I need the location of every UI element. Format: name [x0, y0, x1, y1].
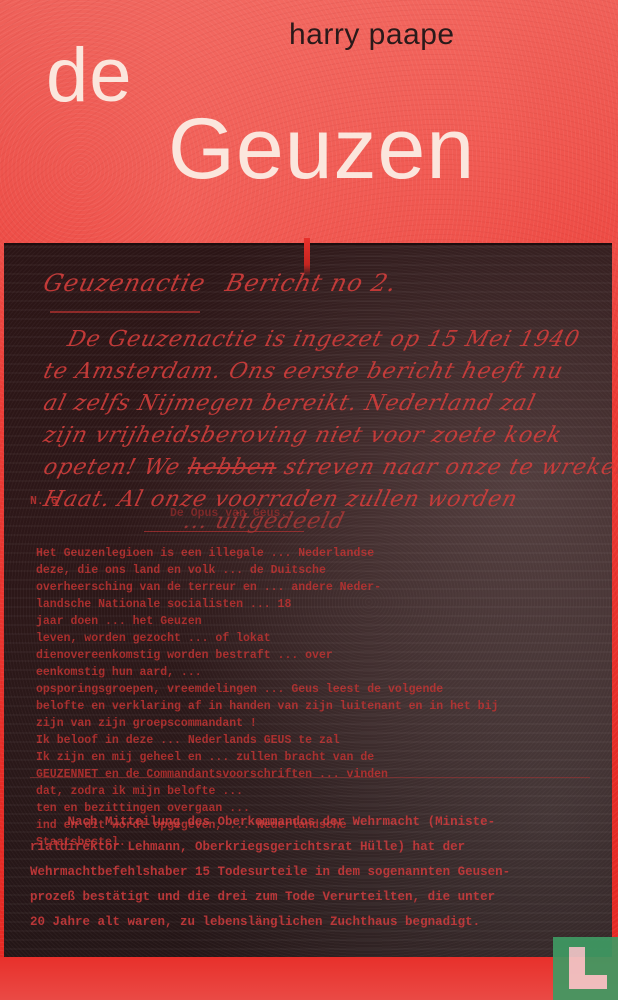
- notice-line: Wehrmachtbefehlshaber 15 Todesurteile in…: [30, 860, 510, 885]
- document-number: N. 6: [30, 493, 58, 510]
- document-collage-panel: Geuzenactie Bericht no 2. De Geuzenactie…: [4, 243, 612, 959]
- handwritten-heading-left: Geuzenactie: [41, 269, 209, 297]
- title-line-1: de: [46, 38, 133, 114]
- author-name: harry paape: [289, 18, 455, 52]
- typed-line: Ik beloof in deze ... Nederlands GEUS te…: [36, 732, 498, 749]
- notice-line: prozeß bestätigt und die drei zum Tode V…: [30, 885, 510, 910]
- document-bottom-rule: [30, 777, 590, 778]
- typed-line: Ik zijn en mij geheel en ... zullen brac…: [36, 749, 498, 766]
- german-notice: Nach Mitteilung des Oberkommandos der We…: [30, 810, 510, 935]
- notice-line: Nach Mitteilung des Oberkommandos der We…: [30, 810, 510, 835]
- title-line-2: Geuzen: [168, 106, 475, 192]
- typed-line: eenkomstig hun aard, ...: [36, 664, 498, 681]
- typed-line: overheersching van de terreur en ... and…: [36, 579, 498, 596]
- handwritten-heading-right: Bericht no 2.: [223, 269, 401, 297]
- document-heading: De Opus van Geus.: [170, 505, 287, 522]
- handwritten-line: opeten! We hebben streven naar onze te w…: [41, 455, 618, 480]
- bottom-red-band: [0, 957, 618, 1000]
- typed-line: landsche Nationale socialisten ... 18: [36, 596, 498, 613]
- paint-drip: [304, 238, 310, 276]
- handwritten-line: zijn vrijheidsberoving niet voor zoete k…: [41, 423, 565, 448]
- typed-oath-document: N. 6 De Opus van Geus. Het Geuzenlegioen…: [30, 493, 71, 578]
- watermark-logo-icon: [553, 937, 618, 1000]
- heading-underline: [50, 311, 200, 313]
- handwritten-line: al zelfs Nijmegen bereikt. Nederland zal: [41, 391, 539, 416]
- notice-line: rialdirektor Lehmann, Oberkriegsgerichts…: [30, 835, 510, 860]
- notice-line: 20 Jahre alt waren, zu lebenslänglichen …: [30, 910, 510, 935]
- document-body: Het Geuzenlegioen is een illegale ... Ne…: [36, 545, 498, 851]
- typed-line: GEUZENNET en de Commandantsvoorschriften…: [36, 766, 498, 783]
- handwritten-line: De Geuzenactie is ingezet op 15 Mei 1940: [65, 327, 583, 352]
- typed-line: leven, worden gezocht ... of lokat: [36, 630, 498, 647]
- typed-line: dienovereenkomstig worden bestraft ... o…: [36, 647, 498, 664]
- typed-line: deze, die ons land en volk ... de Duitsc…: [36, 562, 498, 579]
- typed-line: zijn van zijn groepscommandant !: [36, 715, 498, 732]
- typed-line: belofte en verklaring af in handen van z…: [36, 698, 498, 715]
- heading-rule: [144, 531, 304, 532]
- book-cover: harry paape de Geuzen Geuzenactie Berich…: [0, 0, 618, 1000]
- typed-line: jaar doen ... het Geuzen: [36, 613, 498, 630]
- typed-line: dat, zodra ik mijn belofte ...: [36, 783, 498, 800]
- typed-line: Het Geuzenlegioen is een illegale ... Ne…: [36, 545, 498, 562]
- typed-line: opsporingsgroepen, vreemdelingen ... Geu…: [36, 681, 498, 698]
- handwritten-line: te Amsterdam. Ons eerste bericht heeft n…: [41, 359, 566, 384]
